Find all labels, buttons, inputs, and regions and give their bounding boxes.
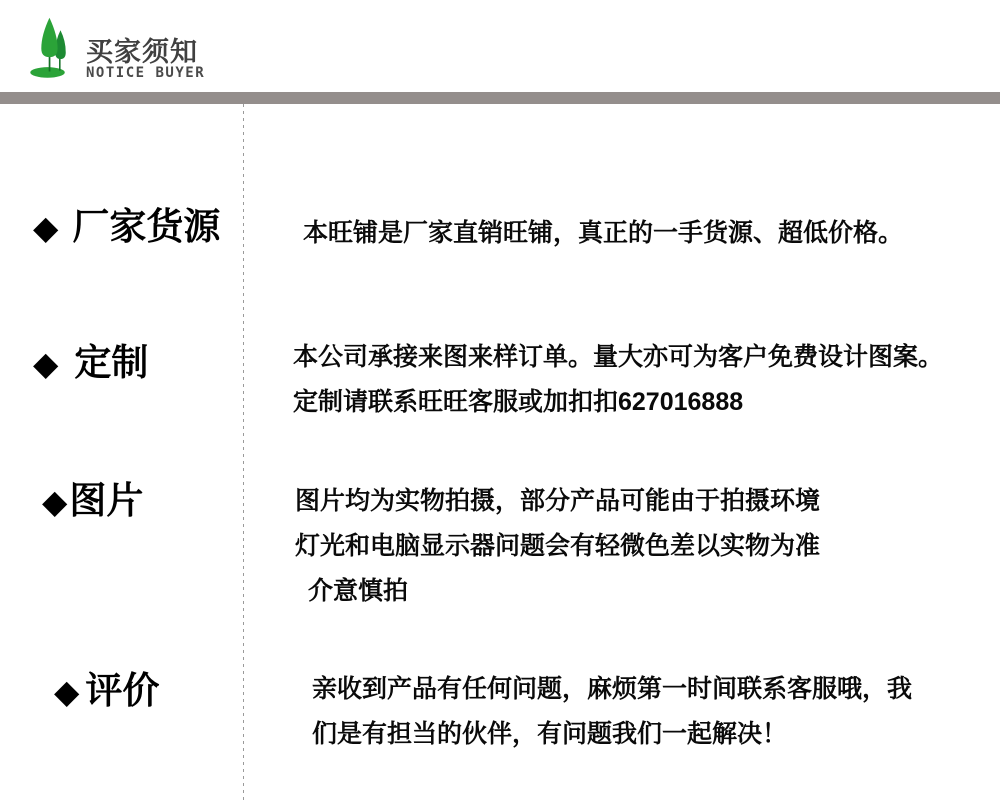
page-title: 买家须知	[86, 30, 198, 69]
section-text-customization: 本公司承接来图来样订单。量大亦可为客户免费设计图案。 定制请联系旺旺客服或加扣扣…	[293, 335, 943, 425]
section-label-reviews: ◆ 评价	[54, 667, 159, 715]
diamond-bullet-icon: ◆	[33, 211, 58, 244]
diamond-bullet-icon: ◆	[42, 485, 67, 518]
vertical-dashed-divider	[243, 104, 244, 803]
text-line: 们是有担当的伙伴，有问题我们一起解决！	[312, 712, 912, 757]
tree-icon	[28, 13, 92, 83]
section-label-factory-supply: ◆ 厂家货源	[33, 203, 220, 251]
buyer-notice-page: 买家须知 NOTICE BUYER ◆ 厂家货源 本旺铺是厂家直销旺铺，真正的一…	[0, 0, 1000, 803]
section-text-factory-supply: 本旺铺是厂家直销旺铺，真正的一手货源、超低价格。	[303, 211, 903, 256]
text-line: 亲收到产品有任何问题，麻烦第一时间联系客服哦，我	[312, 667, 912, 712]
section-label-text: 厂家货源	[72, 203, 220, 251]
page-subtitle: NOTICE BUYER	[86, 65, 205, 81]
text-line: 介意慎拍	[295, 569, 820, 614]
text-line: 定制请联系旺旺客服或加扣扣627016888	[293, 380, 943, 425]
section-label-pictures: ◆ 图片	[42, 477, 143, 525]
diamond-bullet-icon: ◆	[54, 675, 79, 708]
text-line: 图片均为实物拍摄，部分产品可能由于拍摄环境	[295, 479, 820, 524]
section-label-text: 评价	[85, 667, 159, 715]
section-text-pictures: 图片均为实物拍摄，部分产品可能由于拍摄环境 灯光和电脑显示器问题会有轻微色差以实…	[295, 479, 820, 614]
header-divider-bar	[0, 92, 1000, 104]
diamond-bullet-icon: ◆	[33, 347, 58, 380]
section-label-text: 图片	[69, 477, 143, 525]
text-line: 本旺铺是厂家直销旺铺，真正的一手货源、超低价格。	[303, 211, 903, 256]
section-text-reviews: 亲收到产品有任何问题，麻烦第一时间联系客服哦，我 们是有担当的伙伴，有问题我们一…	[312, 667, 912, 757]
text-line: 灯光和电脑显示器问题会有轻微色差以实物为准	[295, 524, 820, 569]
section-label-text: 定制	[74, 339, 148, 387]
text-line: 本公司承接来图来样订单。量大亦可为客户免费设计图案。	[293, 335, 943, 380]
section-label-customization: ◆ 定制	[33, 339, 148, 387]
